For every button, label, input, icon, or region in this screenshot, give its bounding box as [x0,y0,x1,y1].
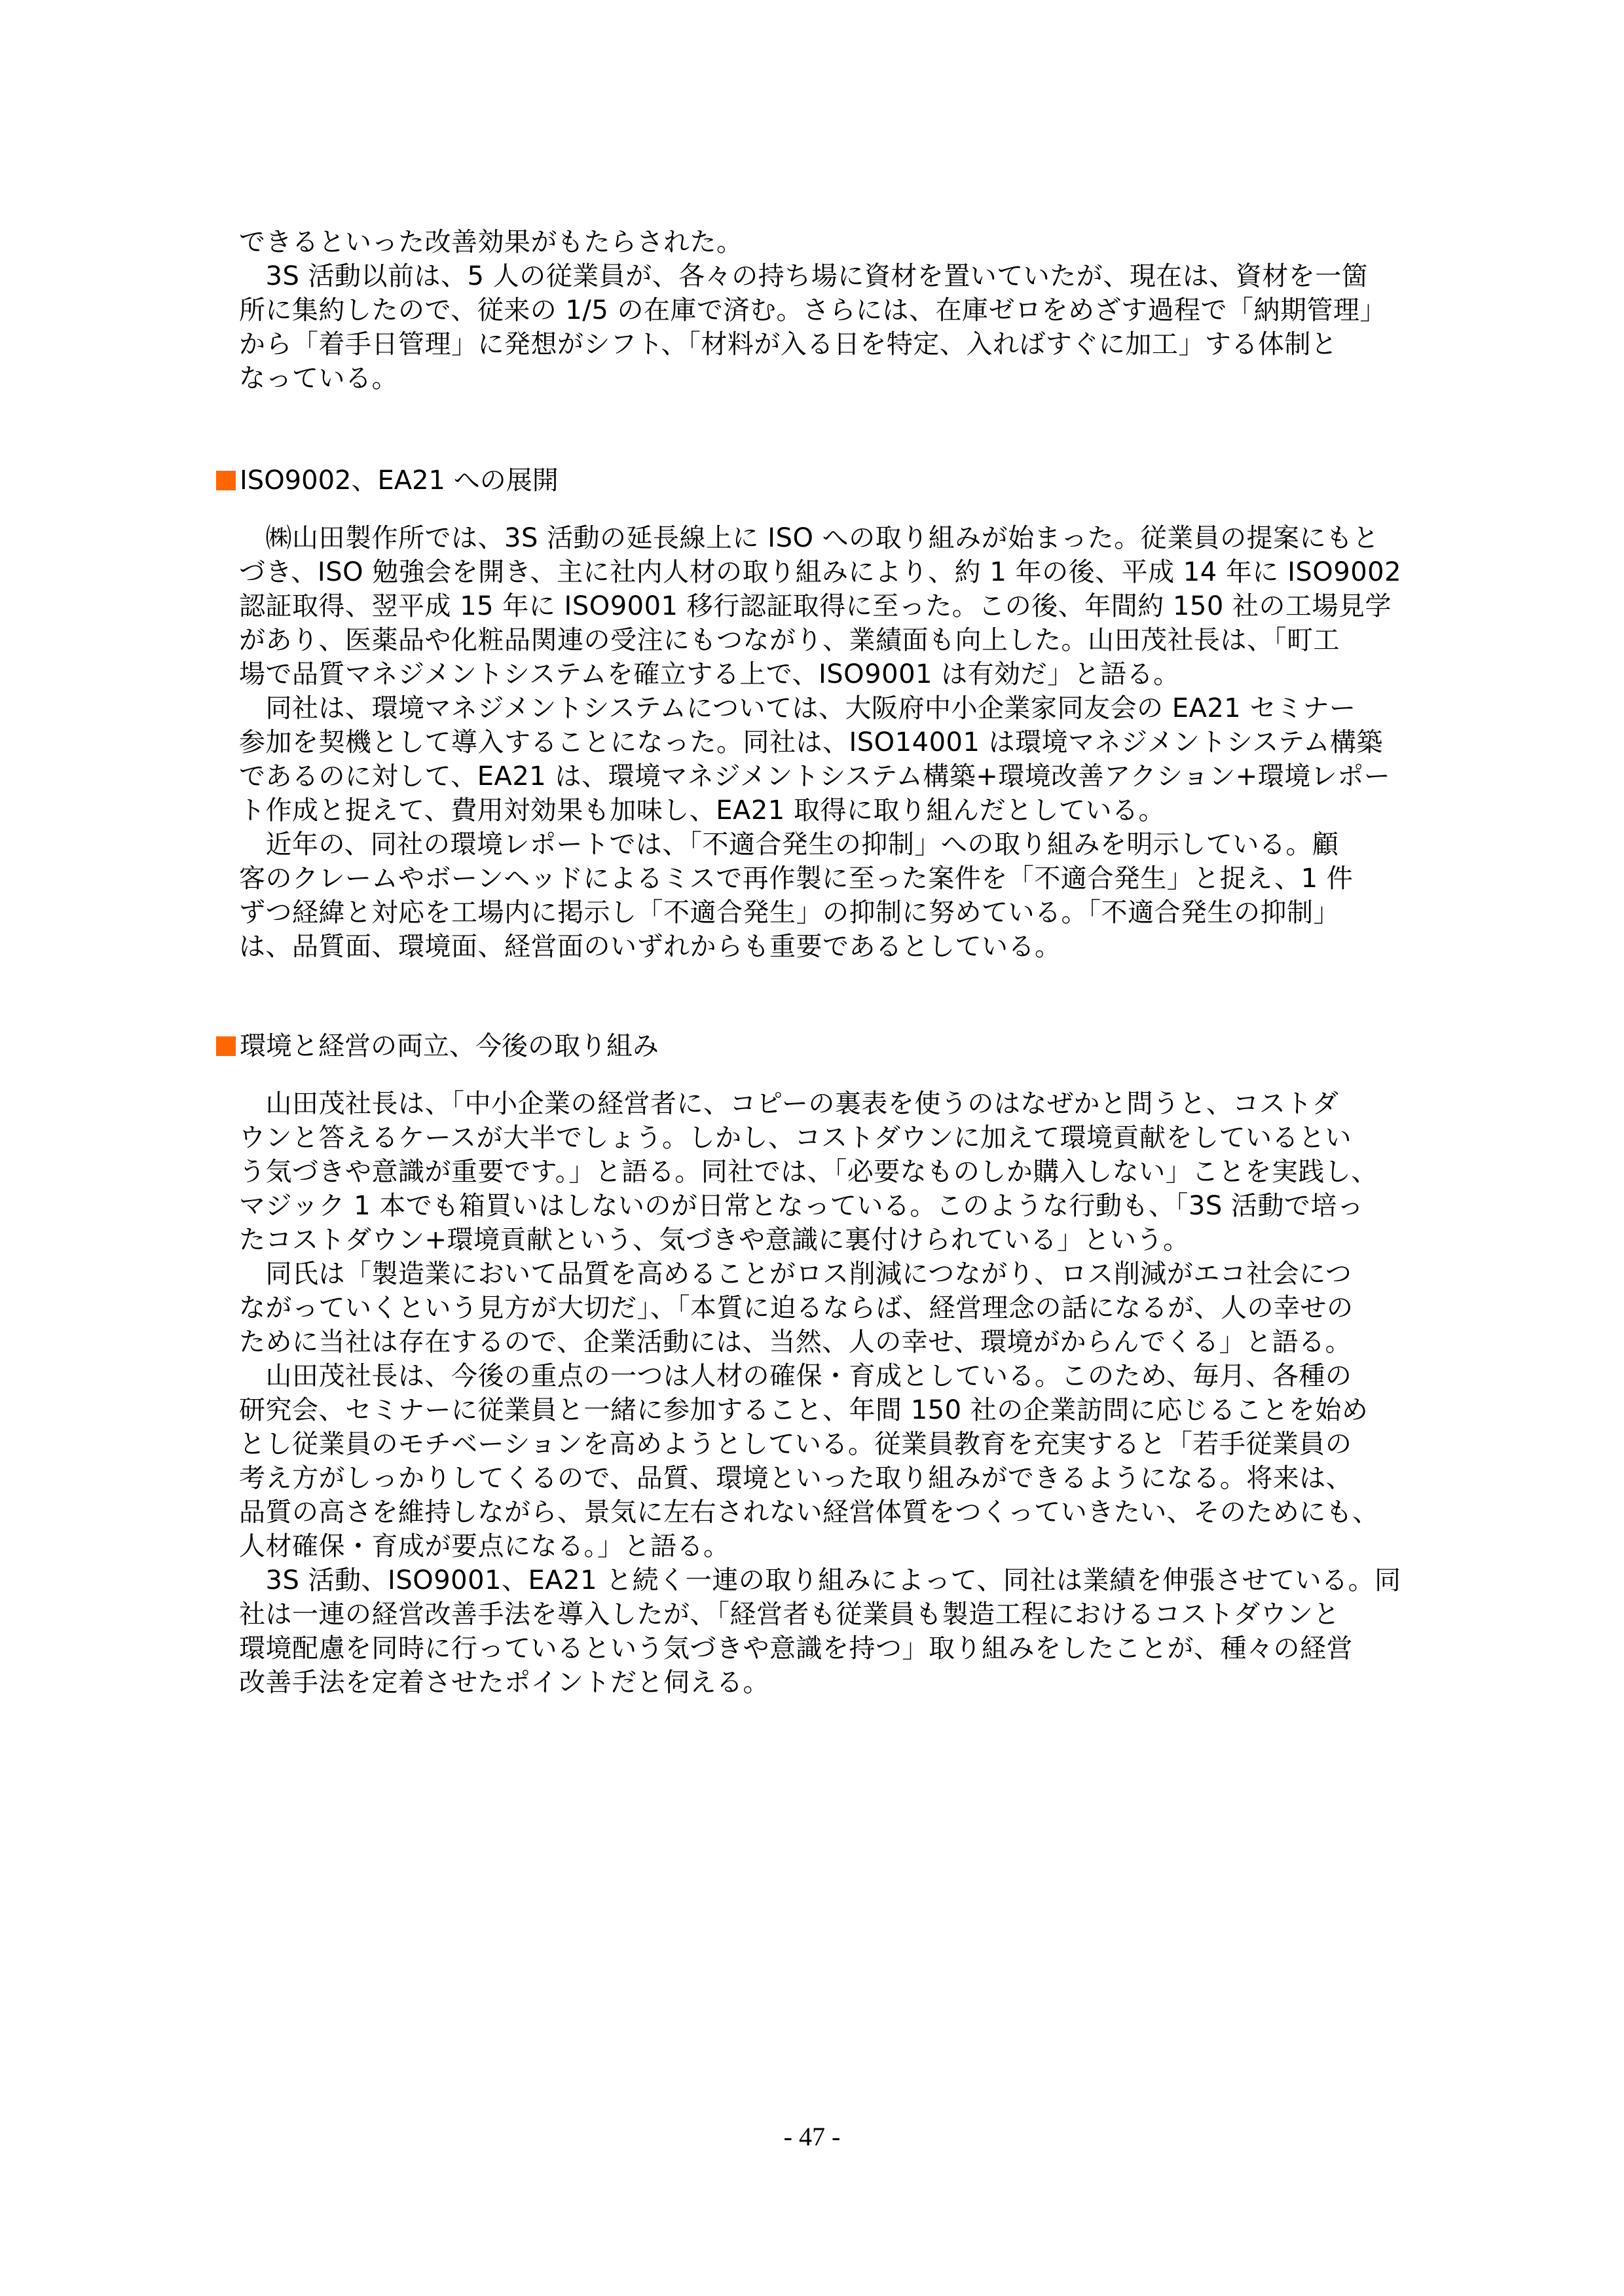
section-heading-text: ISO9002、EA21 への展開 [240,464,559,498]
text-line: ㈱山田製作所では、3S 活動の延長線上に ISO への取り組みが始まった。従業員… [239,521,1418,555]
text-line: できるといった改善効果がもたらされた。 [239,225,1418,259]
document-page: できるといった改善効果がもたらされた。 3S 活動以前は、5 人の従業員が、各々… [0,0,1624,2296]
orange-square-bullet-icon [216,1036,236,1056]
text-line: 所に集約したので、従来の 1/5 の在庫で済む。さらには、在庫ゼロをめざす過程で… [239,293,1418,327]
text-line: ために当社は存在するので、企業活動には、当然、人の幸せ、環境がからんでくる」と語… [239,1325,1418,1359]
text-line: 場で品質マネジメントシステムを確立する上で、ISO9001 は有効だ」と語る。 [239,657,1418,691]
text-line: 同社は、環境マネジメントシステムについては、大阪府中小企業家同友会の EA21 … [239,691,1418,725]
text-line: 同氏は「製造業において品質を高めることがロス削減につながり、ロス削減がエコ社会に… [239,1257,1418,1291]
orange-square-bullet-icon [216,471,236,490]
text-line: があり、医薬品や化粧品関連の受注にもつながり、業績面も向上した。山田茂社長は、「… [239,623,1418,657]
page-number: - 47 - [0,2121,1624,2152]
section-intro-body: できるといった改善効果がもたらされた。 3S 活動以前は、5 人の従業員が、各々… [239,225,1418,395]
text-line: なっている。 [239,361,1418,395]
text-line: 山田茂社長は、今後の重点の一つは人材の確保・育成としている。このため、毎月、各種… [239,1359,1418,1393]
text-line: づき、ISO 勉強会を開き、主に社内人材の取り組みにより、約 1 年の後、平成 … [239,555,1418,589]
text-line: たコストダウン+環境貢献という、気づきや意識に裏付けられている」という。 [239,1223,1418,1257]
text-line: 品質の高さを維持しながら、景気に左右されない経営体質をつくっていきたい、そのため… [239,1495,1418,1529]
text-line: とし従業員のモチベーションを高めようとしている。従業員教育を充実すると「若手従業… [239,1427,1418,1461]
text-line: 人材確保・育成が要点になる。」と語る。 [239,1529,1418,1563]
text-line: 近年の、同社の環境レポートでは、「不適合発生の抑制」への取り組みを明示している。… [239,828,1418,862]
section-heading-environment-management: 環境と経営の両立、今後の取り組み [216,1029,659,1063]
text-line: 社は一連の経営改善手法を導入したが、「経営者も従業員も製造工程におけるコストダウ… [239,1597,1418,1631]
text-line: 3S 活動以前は、5 人の従業員が、各々の持ち場に資材を置いていたが、現在は、資… [239,259,1418,293]
text-line: 改善手法を定着させたポイントだと伺える。 [239,1666,1418,1700]
text-line: 研究会、セミナーに従業員と一緒に参加すること、年間 150 社の企業訪問に応じる… [239,1393,1418,1427]
text-line: から「着手日管理」に発想がシフト、「材料が入る日を特定、入ればすぐに加工」する体… [239,327,1418,361]
text-line: ながっていくという見方が大切だ」、「本質に迫るならば、経営理念の話になるが、人の… [239,1291,1418,1325]
text-line: ト作成と捉えて、費用対効果も加味し、EA21 取得に取り組んだとしている。 [239,793,1418,828]
text-line: ずつ経緯と対応を工場内に掲示し「不適合発生」の抑制に努めている。「不適合発生の抑… [239,896,1418,930]
text-line: マジック 1 本でも箱買いはしないのが日常となっている。このような行動も、「3S… [239,1189,1418,1223]
text-line: 3S 活動、ISO9001、EA21 と続く一連の取り組みによって、同社は業績を… [239,1563,1418,1597]
text-line: 考え方がしっかりしてくるので、品質、環境といった取り組みができるようになる。将来… [239,1461,1418,1495]
text-line: う気づきや意識が重要です。」と語る。同社では、「必要なものしか購入しない」ことを… [239,1155,1418,1189]
text-line: 認証取得、翌平成 15 年に ISO9001 移行認証取得に至った。この後、年間… [239,589,1418,623]
text-line: 参加を契機として導入することになった。同社は、ISO14001 は環境マネジメン… [239,725,1418,759]
text-line: ウンと答えるケースが大半でしょう。しかし、コストダウンに加えて環境貢献をしている… [239,1121,1418,1155]
text-line: 環境配慮を同時に行っているという気づきや意識を持つ」取り組みをしたことが、種々の… [239,1631,1418,1666]
section-heading-iso: ISO9002、EA21 への展開 [216,464,559,498]
text-line: であるのに対して、EA21 は、環境マネジメントシステム構築+環境改善アクション… [239,759,1418,793]
text-line: は、品質面、環境面、経営面のいずれからも重要であるとしている。 [239,930,1418,964]
section-heading-text: 環境と経営の両立、今後の取り組み [240,1029,659,1063]
section-iso-body: ㈱山田製作所では、3S 活動の延長線上に ISO への取り組みが始まった。従業員… [239,521,1418,964]
text-line: 客のクレームやボーンヘッドによるミスで再作製に至った案件を「不適合発生」と捉え、… [239,862,1418,896]
text-line: 山田茂社長は、「中小企業の経営者に、コピーの裏表を使うのはなぜかと問うと、コスト… [239,1087,1418,1121]
section-environment-management-body: 山田茂社長は、「中小企業の経営者に、コピーの裏表を使うのはなぜかと問うと、コスト… [239,1087,1418,1700]
